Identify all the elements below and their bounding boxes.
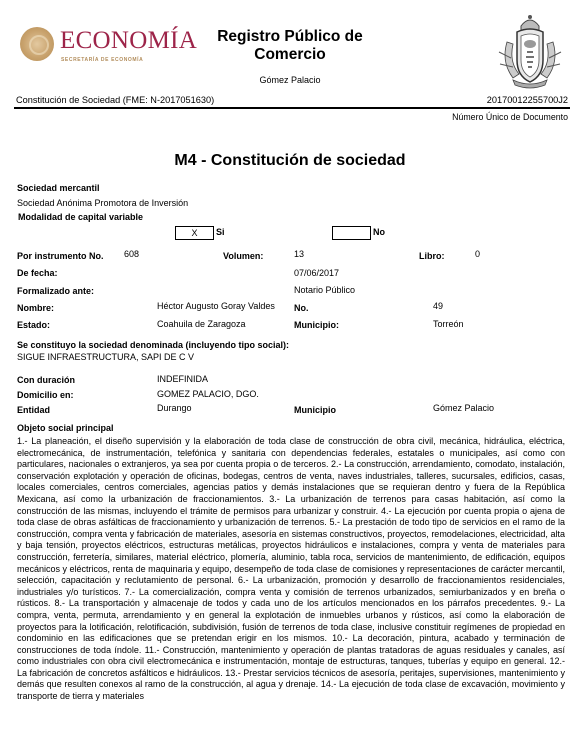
registry-city: Gómez Palacio (190, 75, 390, 85)
libro-value: 0 (475, 249, 480, 259)
duracion-value: INDEFINIDA (157, 374, 208, 384)
formalizado-value: Notario Público (294, 285, 355, 295)
objeto-social-text: 1.- La planeación, el diseño supervisión… (17, 436, 565, 703)
instrumento-label: Por instrumento No. (17, 251, 104, 261)
municipio-label: Municipio: (294, 320, 339, 330)
municipio-value: Torreón (433, 319, 464, 329)
document-number: 20170012255700J2 (487, 95, 568, 105)
national-seal-icon (20, 27, 54, 61)
notario-no-value: 49 (433, 301, 443, 311)
fecha-value: 07/06/2017 (294, 268, 339, 278)
denominacion-label: Se constituyo la sociedad denominada (in… (17, 340, 289, 350)
municipio2-value: Gómez Palacio (433, 403, 494, 413)
entidad-label: Entidad (17, 405, 50, 415)
logo-subtext: SECRETARÍA DE ECONOMÍA (61, 57, 143, 63)
document-number-label: Número Único de Documento (452, 112, 568, 122)
title-line-2: Comercio (190, 46, 390, 64)
objeto-social-label: Objeto social principal (17, 423, 114, 433)
capital-variable-label: Modalidad de capital variable (18, 212, 143, 222)
entidad-value: Durango (157, 403, 192, 413)
sociedad-mercantil-label: Sociedad mercantil (17, 183, 100, 193)
estado-value: Coahuila de Zaragoza (157, 319, 246, 329)
fecha-label: De fecha: (17, 268, 58, 278)
form-title: M4 - Constitución de sociedad (0, 152, 580, 170)
nombre-label: Nombre: (17, 303, 54, 313)
formalizado-label: Formalizado ante: (17, 286, 94, 296)
sociedad-mercantil-value: Sociedad Anónima Promotora de Inversión (17, 198, 188, 208)
coat-of-arms-icon (497, 12, 563, 90)
header-divider (14, 107, 570, 109)
capital-variable-si-checkbox[interactable]: X (175, 226, 214, 240)
libro-label: Libro: (419, 251, 445, 261)
capital-variable-si-label: Si (216, 227, 225, 237)
notario-no-label: No. (294, 303, 309, 313)
economia-logo: ECONOMÍA SECRETARÍA DE ECONOMÍA (20, 26, 190, 70)
document-type: Constitución de Sociedad (FME: N-2017051… (16, 95, 214, 105)
municipio2-label: Municipio (294, 405, 336, 415)
domicilio-value: GOMEZ PALACIO, DGO. (157, 389, 259, 399)
denominacion-value: SIGUE INFRAESTRUCTURA, SAPI DE C V (17, 352, 194, 362)
logo-text: ECONOMÍA (60, 27, 197, 55)
title-line-1: Registro Público de (190, 28, 390, 46)
domicilio-label: Domicilio en: (17, 390, 74, 400)
estado-label: Estado: (17, 320, 50, 330)
volumen-label: Volumen: (223, 251, 263, 261)
nombre-value: Héctor Augusto Goray Valdes (157, 301, 275, 311)
capital-variable-no-checkbox[interactable] (332, 226, 371, 240)
duracion-label: Con duración (17, 375, 75, 385)
capital-variable-no-label: No (373, 227, 385, 237)
volumen-value: 13 (294, 249, 304, 259)
instrumento-value: 608 (124, 249, 139, 259)
registry-title: Registro Público de Comercio (190, 28, 390, 64)
